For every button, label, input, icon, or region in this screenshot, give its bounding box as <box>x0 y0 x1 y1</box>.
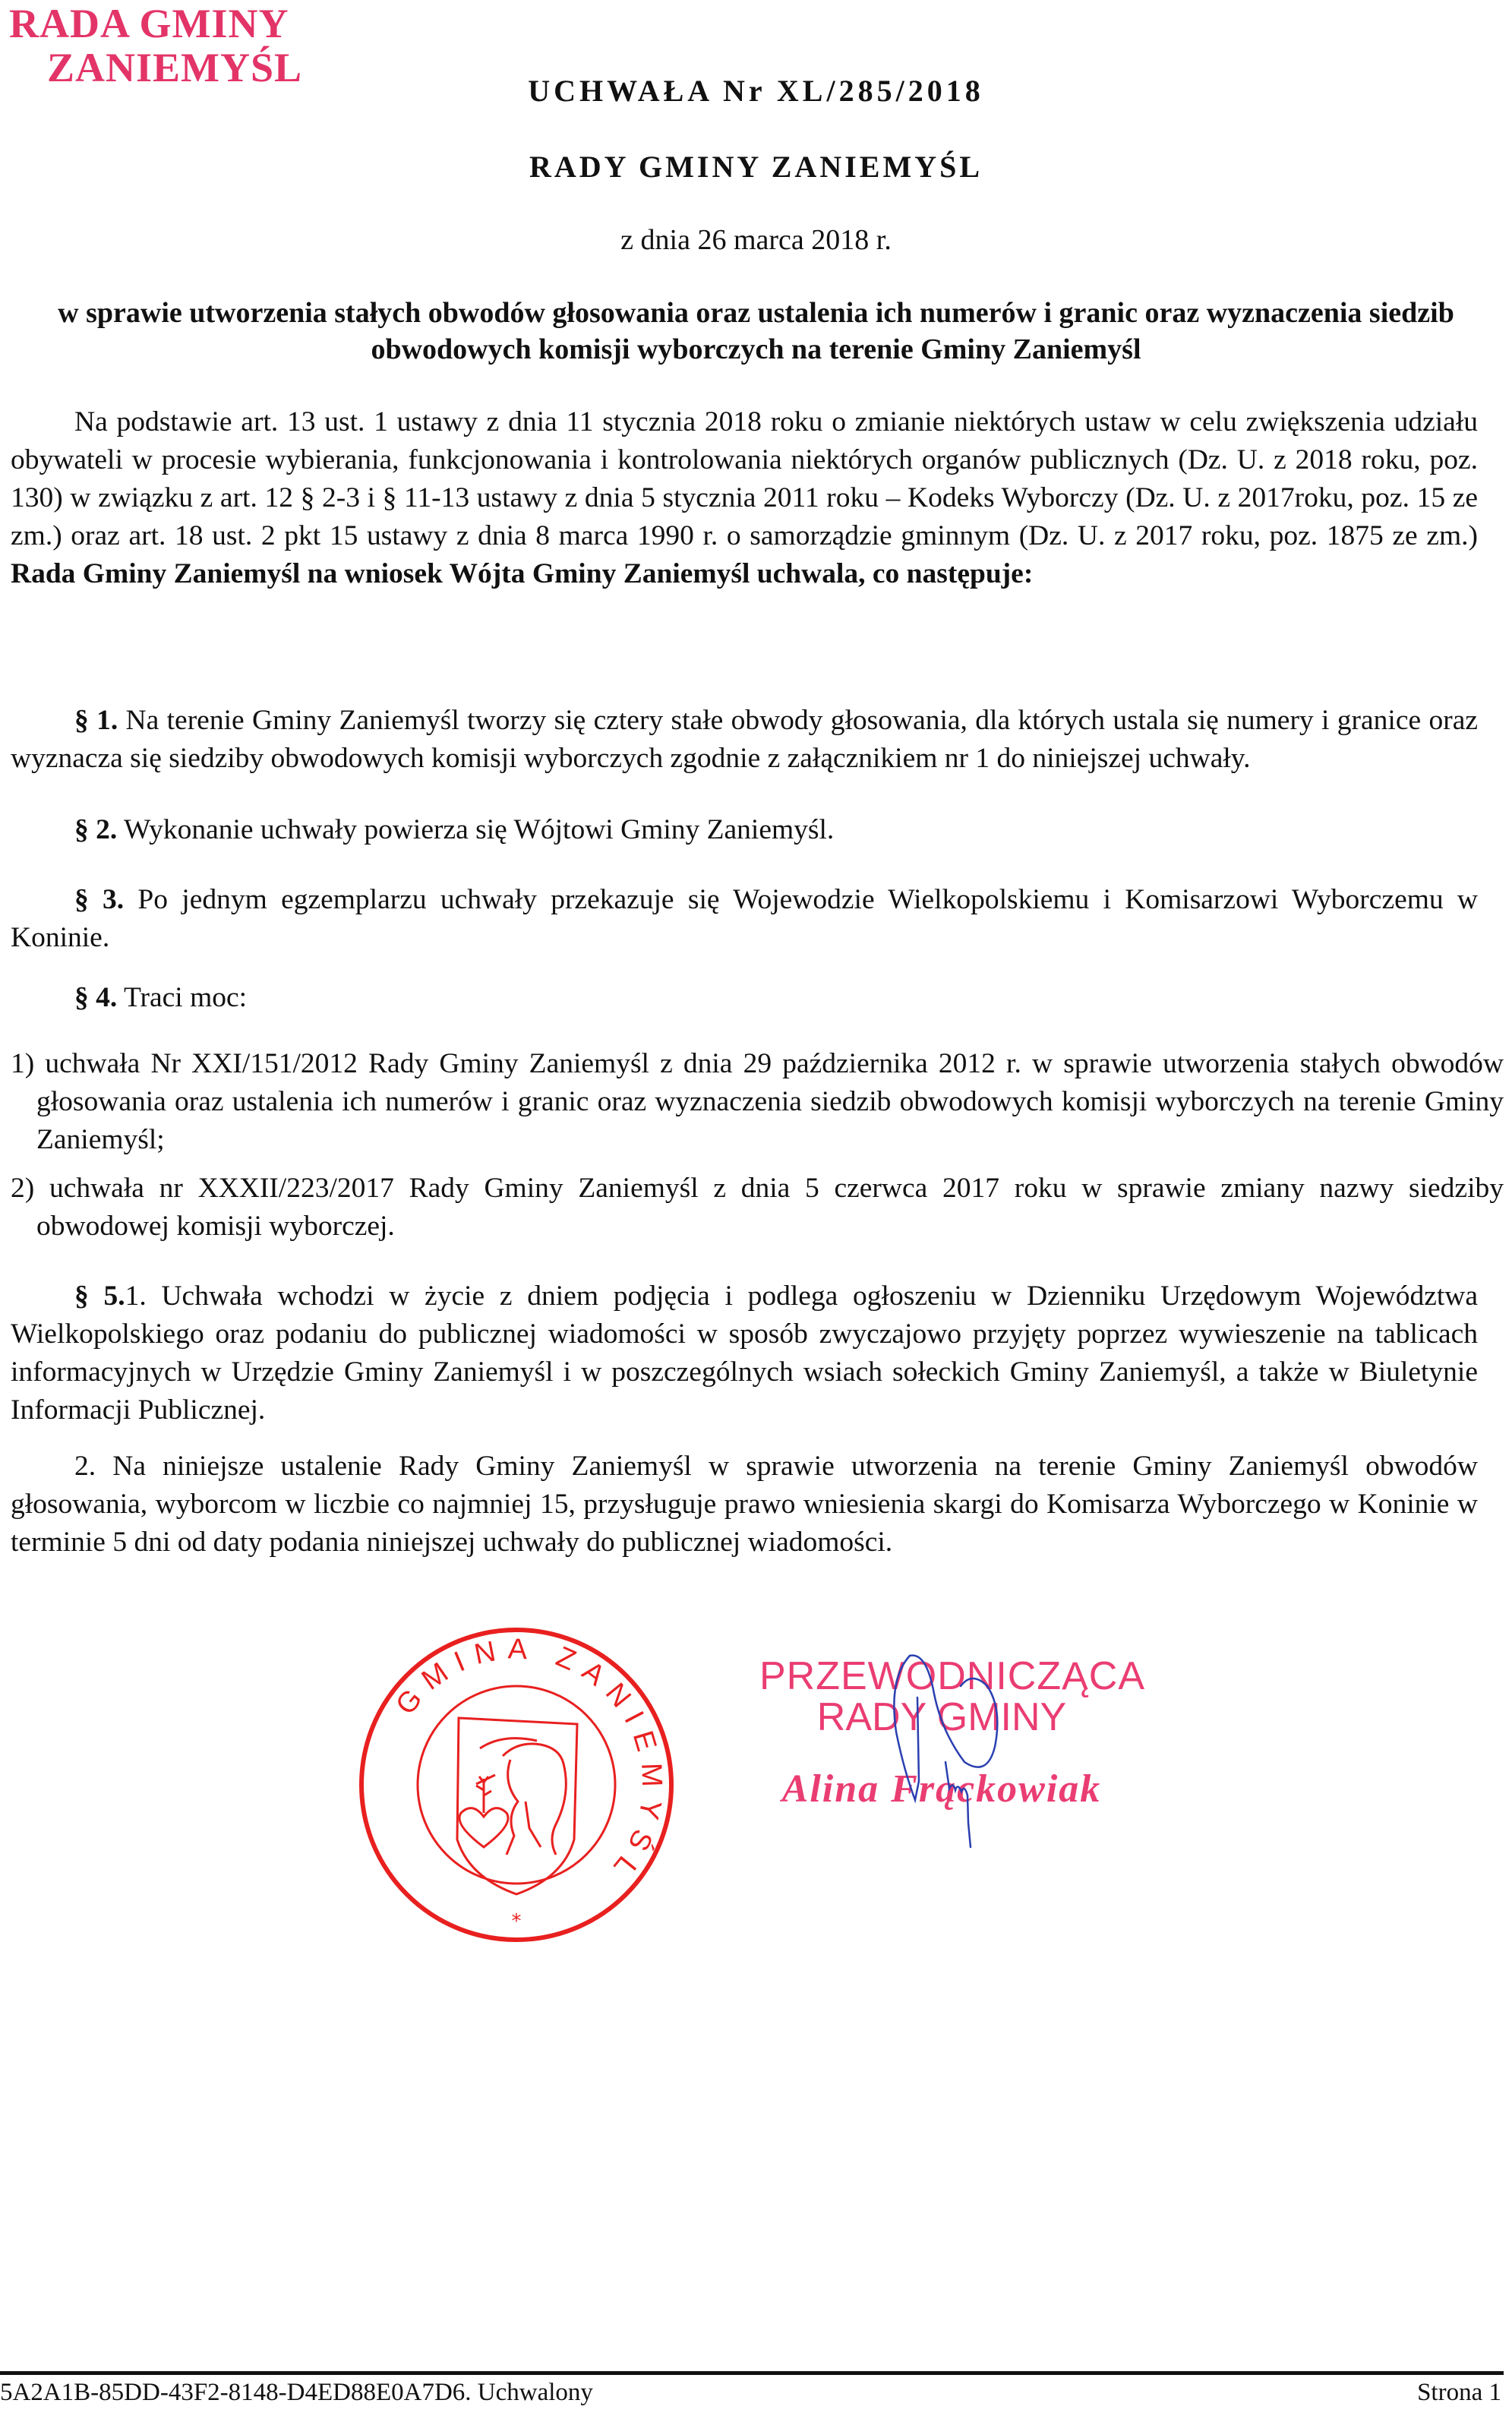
section-2-label: § 2. <box>74 814 117 845</box>
repealed-item-2: 2) uchwała nr XXXII/223/2017 Rady Gminy … <box>11 1170 1504 1246</box>
preamble-text: Na podstawie art. 13 ust. 1 ustawy z dni… <box>11 406 1478 551</box>
handwritten-signature <box>881 1648 1048 1853</box>
resolution-title: UCHWAŁA Nr XL/285/2018 <box>0 73 1512 109</box>
section-3-label: § 3. <box>74 884 124 915</box>
coat-of-arms-icon <box>457 1718 577 1894</box>
section-3: § 3. Po jednym egzemplarzu uchwały przek… <box>11 881 1478 957</box>
section-4-label: § 4. <box>74 982 117 1013</box>
stamp-line-1: RADA GMINY <box>9 2 336 46</box>
page-number: Strona 1 <box>1417 2376 1501 2409</box>
section-5-label: § 5. <box>74 1281 125 1312</box>
resolution-issuer: RADY GMINY ZANIEMYŚL <box>0 149 1512 185</box>
resolution-subject: w sprawie utworzenia stałych obwodów gło… <box>46 295 1466 368</box>
section-5-p1-text: 1. Uchwała wchodzi w życie z dniem podję… <box>11 1281 1478 1426</box>
section-4-text: Traci moc: <box>117 982 247 1013</box>
resolution-date: z dnia 26 marca 2018 r. <box>0 223 1512 257</box>
section-5-paragraph-1: § 5.1. Uchwała wchodzi w życie z dniem p… <box>11 1277 1478 1429</box>
seal-ring-text: GMINA ZANIEMYŚL <box>390 1633 668 1890</box>
section-1: § 1. Na terenie Gminy Zaniemyśl tworzy s… <box>11 702 1478 778</box>
seal-star: * <box>512 1910 522 1933</box>
section-4: § 4. Traci moc: <box>11 979 1478 1017</box>
section-2: § 2. Wykonanie uchwały powierza się Wójt… <box>11 811 1478 849</box>
section-1-label: § 1. <box>74 705 118 736</box>
section-2-text: Wykonanie uchwały powierza się Wójtowi G… <box>117 814 834 845</box>
preamble-enacting-clause: Rada Gminy Zaniemyśl na wniosek Wójta Gm… <box>11 558 1033 589</box>
preamble-paragraph: Na podstawie art. 13 ust. 1 ustawy z dni… <box>11 403 1478 593</box>
footer-divider <box>0 2371 1504 2375</box>
section-3-text: Po jednym egzemplarzu uchwały przekazuje… <box>11 884 1478 953</box>
repealed-item-1: 1) uchwała Nr XXI/151/2012 Rady Gminy Za… <box>11 1045 1504 1159</box>
section-5-paragraph-2: 2. Na niniejsze ustalenie Rady Gminy Zan… <box>11 1448 1478 1562</box>
document-id: 5A2A1B-85DD-43F2-8148-D4ED88E0A7D6. Uchw… <box>0 2376 593 2409</box>
section-1-text: Na terenie Gminy Zaniemyśl tworzy się cz… <box>11 705 1478 774</box>
municipal-seal: GMINA ZANIEMYŚL * <box>358 1627 674 1943</box>
svg-text:GMINA ZANIEMYŚL: GMINA ZANIEMYŚL <box>390 1633 668 1890</box>
